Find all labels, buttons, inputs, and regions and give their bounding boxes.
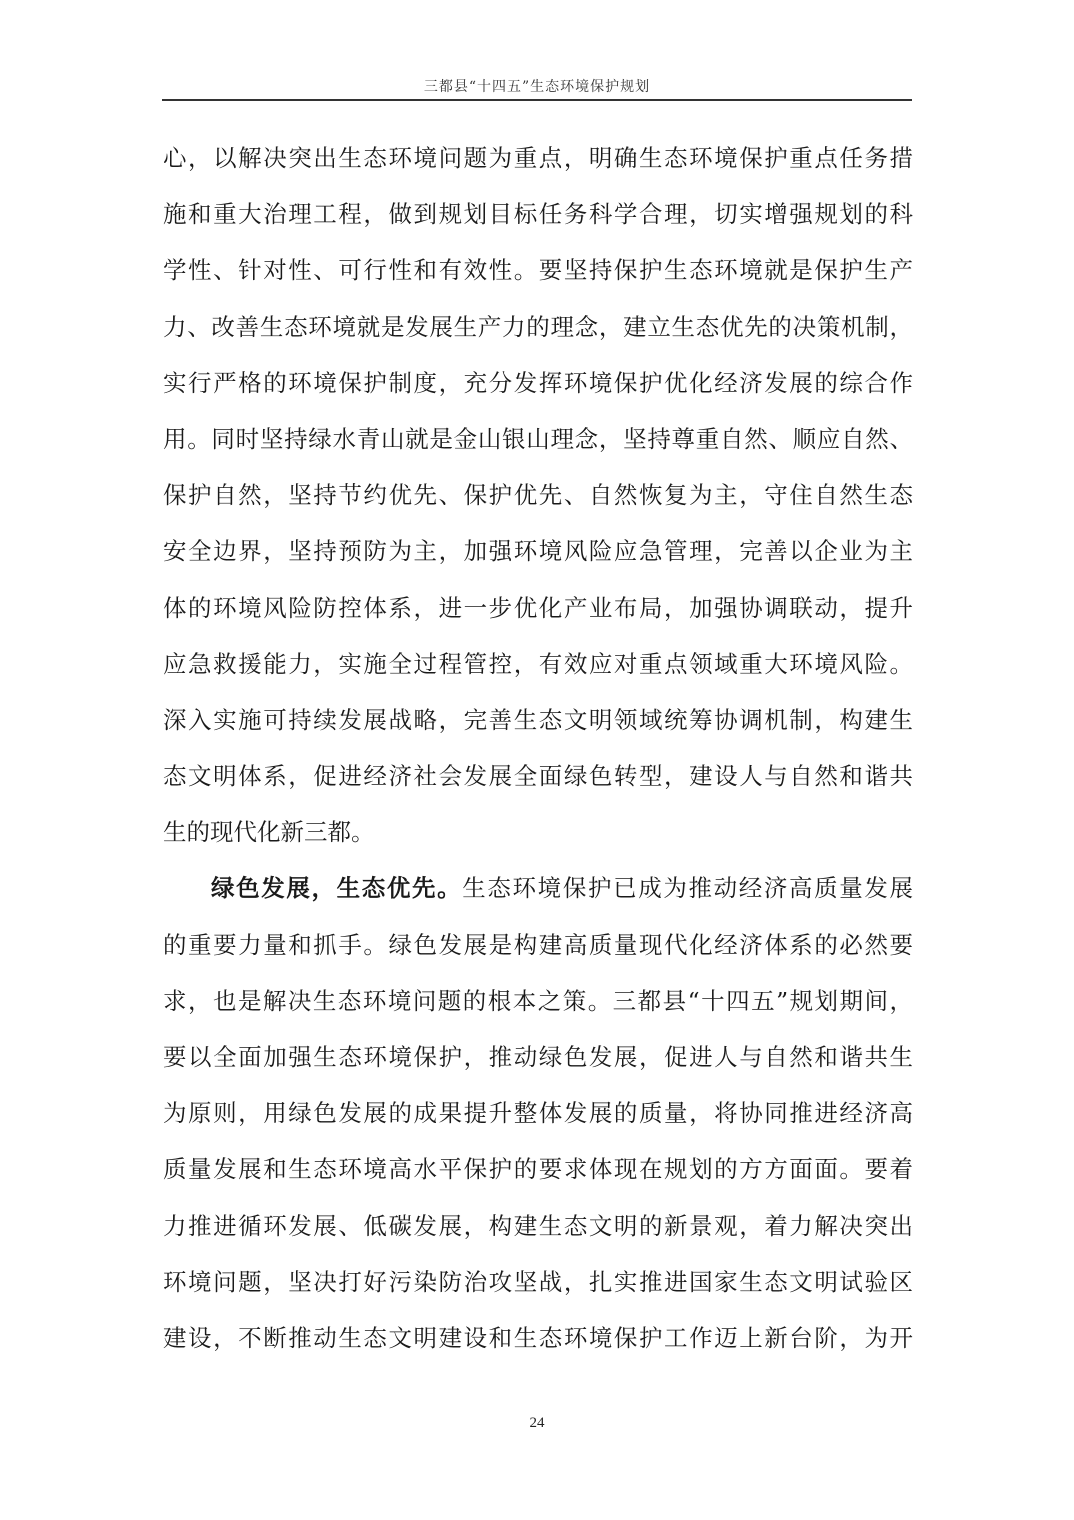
text-line-first: 绿色发展，生态优先。生态环境保护已成为推动经济高质量发展 bbox=[163, 868, 913, 924]
document-body: 心，以解决突出生态环境问题为重点，明确生态环境保护重点任务措 施和重大治理工程，… bbox=[163, 138, 913, 1374]
text-line: 保护自然，坚持节约优先、保护优先、自然恢复为主，守住自然生态 bbox=[163, 475, 913, 531]
text-line: 的重要力量和抓手。绿色发展是构建高质量现代化经济体系的必然要 bbox=[163, 925, 913, 981]
text-line: 质量发展和生态环境高水平保护的要求体现在规划的方方面面。要着 bbox=[163, 1149, 913, 1205]
text-line: 深入实施可持续发展战略，完善生态文明领域统筹协调机制，构建生 bbox=[163, 700, 913, 756]
text-line: 应急救援能力，实施全过程管控，有效应对重点领域重大环境风险。 bbox=[163, 644, 913, 700]
paragraph-2: 绿色发展，生态优先。生态环境保护已成为推动经济高质量发展 的重要力量和抓手。绿色… bbox=[163, 868, 913, 1374]
text-line: 实行严格的环境保护制度，充分发挥环境保护优化经济发展的综合作 bbox=[163, 363, 913, 419]
text-line: 为原则，用绿色发展的成果提升整体发展的质量，将协同推进经济高 bbox=[163, 1093, 913, 1149]
running-header: 三都县“十四五”生态环境保护规划 bbox=[162, 76, 912, 96]
header-divider bbox=[162, 99, 912, 101]
text-line: 态文明体系，促进经济社会发展全面绿色转型，建设人与自然和谐共 bbox=[163, 756, 913, 812]
text-line: 安全边界，坚持预防为主，加强环境风险应急管理，完善以企业为主 bbox=[163, 531, 913, 587]
text-line: 力推进循环发展、低碳发展，构建生态文明的新景观，着力解决突出 bbox=[163, 1206, 913, 1262]
text-line: 要以全面加强生态环境保护，推动绿色发展，促进人与自然和谐共生 bbox=[163, 1037, 913, 1093]
text-line-rest: 生态环境保护已成为推动经济高质量发展 bbox=[462, 874, 913, 902]
text-line: 求，也是解决生态环境问题的根本之策。三都县“十四五”规划期间， bbox=[163, 981, 913, 1037]
text-line: 体的环境风险防控体系，进一步优化产业布局，加强协调联动，提升 bbox=[163, 588, 913, 644]
text-line: 生的现代化新三都。 bbox=[163, 812, 913, 868]
paragraph-lead-heading: 绿色发展，生态优先。 bbox=[211, 874, 462, 902]
page-number: 24 bbox=[0, 1415, 1074, 1432]
text-line: 建设，不断推动生态文明建设和生态环境保护工作迈上新台阶，为开 bbox=[163, 1318, 913, 1374]
text-line: 施和重大治理工程，做到规划目标任务科学合理，切实增强规划的科 bbox=[163, 194, 913, 250]
text-line: 力、改善生态环境就是发展生产力的理念，建立生态优先的决策机制， bbox=[163, 307, 913, 363]
text-line: 学性、针对性、可行性和有效性。要坚持保护生态环境就是保护生产 bbox=[163, 250, 913, 306]
text-line: 心，以解决突出生态环境问题为重点，明确生态环境保护重点任务措 bbox=[163, 138, 913, 194]
paragraph-1: 心，以解决突出生态环境问题为重点，明确生态环境保护重点任务措 施和重大治理工程，… bbox=[163, 138, 913, 868]
text-line: 用。同时坚持绿水青山就是金山银山理念，坚持尊重自然、顺应自然、 bbox=[163, 419, 913, 475]
text-line: 环境问题，坚决打好污染防治攻坚战，扎实推进国家生态文明试验区 bbox=[163, 1262, 913, 1318]
